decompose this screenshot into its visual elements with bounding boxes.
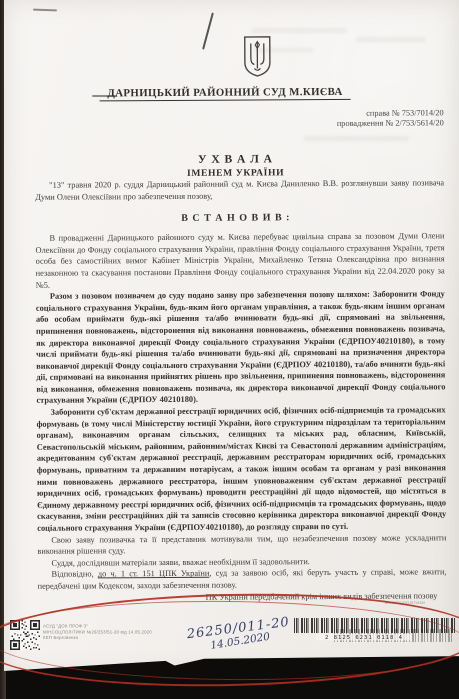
registration-stamp-text: АСУД "ДОК ПРОФ 3" МІНСОЦПОЛІТИКИ №26/253…: [43, 624, 167, 641]
barcode-digits: 2 8125 6231 0118 4: [316, 634, 412, 640]
handwritten-note: 26250/011-20 14.05.2020: [186, 611, 292, 653]
intro-paragraph: "13" травня 2020 р. суддя Дарницький рай…: [35, 178, 444, 204]
document-page: ДАРНИЦЬКИЙ РАЙОННИЙ СУД М.КИЄВА справа №…: [4, 0, 459, 675]
paragraph-injunction-request-2: Заборонити суб'єктам державної реєстраці…: [36, 404, 446, 534]
court-emblem-wrap: [52, 0, 459, 83]
document-content: ДАРНИЦЬКИЙ РАЙОННИЙ СУД М.КИЄВА справа №…: [4, 0, 459, 604]
barcode-caption: МІНСОЦПОЛІТИКИ: [385, 601, 425, 605]
law-reference-prefix: Відповідно,: [51, 570, 97, 579]
established-heading: В С Т А Н О В И В :: [31, 211, 440, 225]
court-name: ДАРНИЦЬКИЙ РАЙОННИЙ СУД М.КИЄВА: [21, 86, 430, 100]
qr-code-icon: [10, 620, 40, 650]
court-name-text: ДАРНИЦЬКИЙ РАЙОННИЙ СУД М.КИЄВА: [99, 85, 350, 101]
case-numbers: справа № 753/7014/20 провадження № 2/753…: [35, 109, 444, 131]
proceeding-number: провадження № 2/753/5614/20: [35, 119, 444, 131]
paragraph-law-reference: Відповідно, до ч. 1 ст. 151 ЦПК України,…: [37, 567, 446, 593]
document-photo: ДАРНИЦЬКИЙ РАЙОННИЙ СУД М.КИЄВА справа №…: [0, 0, 459, 699]
paragraph-injunction-request-1: Разом з позовом позивачем до суду подано…: [36, 288, 446, 406]
paragraph-case-description: В провадженні Дарницького районного суду…: [35, 230, 444, 290]
stamp-line-signature: КЕП Берговенко: [43, 635, 167, 641]
law-reference-underlined: до ч. 1 ст. 151 ЦПК України: [98, 569, 210, 579]
paragraph-motivation: Свою заяву позивачка та її представник м…: [37, 532, 446, 558]
ukraine-trident-emblem-icon: [241, 34, 273, 78]
